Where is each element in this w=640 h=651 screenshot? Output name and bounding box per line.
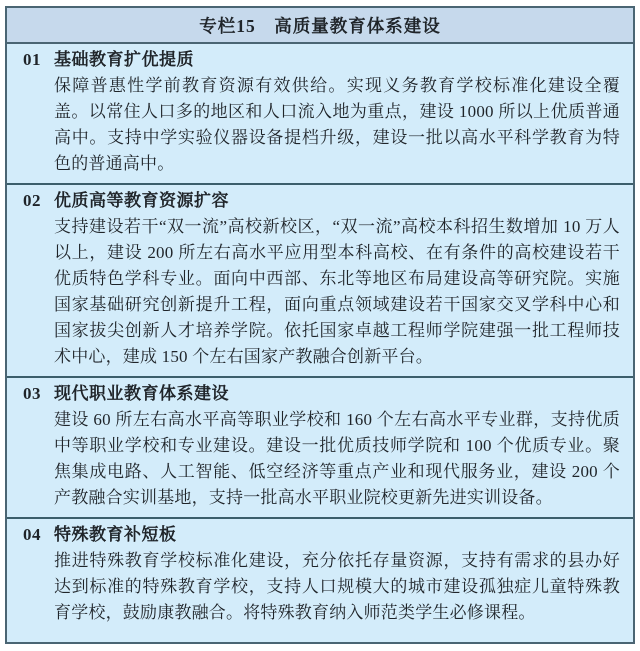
section-title-row: 03 现代职业教育体系建设 bbox=[23, 381, 620, 407]
section-title: 优质高等教育资源扩容 bbox=[54, 188, 229, 214]
page: 专栏15 高质量教育体系建设 01 基础教育扩优提质 保障普惠性学前教育资源有效… bbox=[0, 0, 640, 651]
section-body-text: 建设 60 所左右高水平高等职业学校和 160 个左右高水平专业群，支持优质中等… bbox=[54, 407, 620, 511]
section-higher-education: 02 优质高等教育资源扩容 支持建设若干“双一流”高校新校区，“双一流”高校本科… bbox=[7, 183, 633, 376]
section-title-row: 04 特殊教育补短板 bbox=[23, 522, 620, 548]
section-vocational-education: 03 现代职业教育体系建设 建设 60 所左右高水平高等职业学校和 160 个左… bbox=[7, 376, 633, 517]
section-number: 02 bbox=[23, 188, 54, 214]
section-title: 现代职业教育体系建设 bbox=[54, 381, 229, 407]
section-title: 基础教育扩优提质 bbox=[54, 47, 194, 73]
section-title: 特殊教育补短板 bbox=[54, 522, 177, 548]
section-basic-education: 01 基础教育扩优提质 保障普惠性学前教育资源有效供给。实现义务教育学校标准化建… bbox=[7, 44, 633, 183]
section-body-text: 保障普惠性学前教育资源有效供给。实现义务教育学校标准化建设全覆盖。以常住人口多的… bbox=[54, 73, 620, 177]
column-panel: 专栏15 高质量教育体系建设 01 基础教育扩优提质 保障普惠性学前教育资源有效… bbox=[5, 6, 635, 644]
panel-body: 01 基础教育扩优提质 保障普惠性学前教育资源有效供给。实现义务教育学校标准化建… bbox=[7, 44, 633, 642]
section-number: 04 bbox=[23, 522, 54, 548]
section-body-text: 推进特殊教育学校标准化建设，充分依托存量资源，支持有需求的县办好达到标准的特殊教… bbox=[54, 548, 620, 626]
section-body-text: 支持建设若干“双一流”高校新校区，“双一流”高校本科招生数增加 10 万人以上，… bbox=[54, 214, 620, 370]
section-number: 03 bbox=[23, 381, 54, 407]
section-title-row: 01 基础教育扩优提质 bbox=[23, 47, 620, 73]
section-special-education: 04 特殊教育补短板 推进特殊教育学校标准化建设，充分依托存量资源，支持有需求的… bbox=[7, 517, 633, 632]
panel-title: 专栏15 高质量教育体系建设 bbox=[199, 16, 441, 36]
section-number: 01 bbox=[23, 47, 54, 73]
panel-header: 专栏15 高质量教育体系建设 bbox=[7, 8, 633, 44]
section-title-row: 02 优质高等教育资源扩容 bbox=[23, 188, 620, 214]
